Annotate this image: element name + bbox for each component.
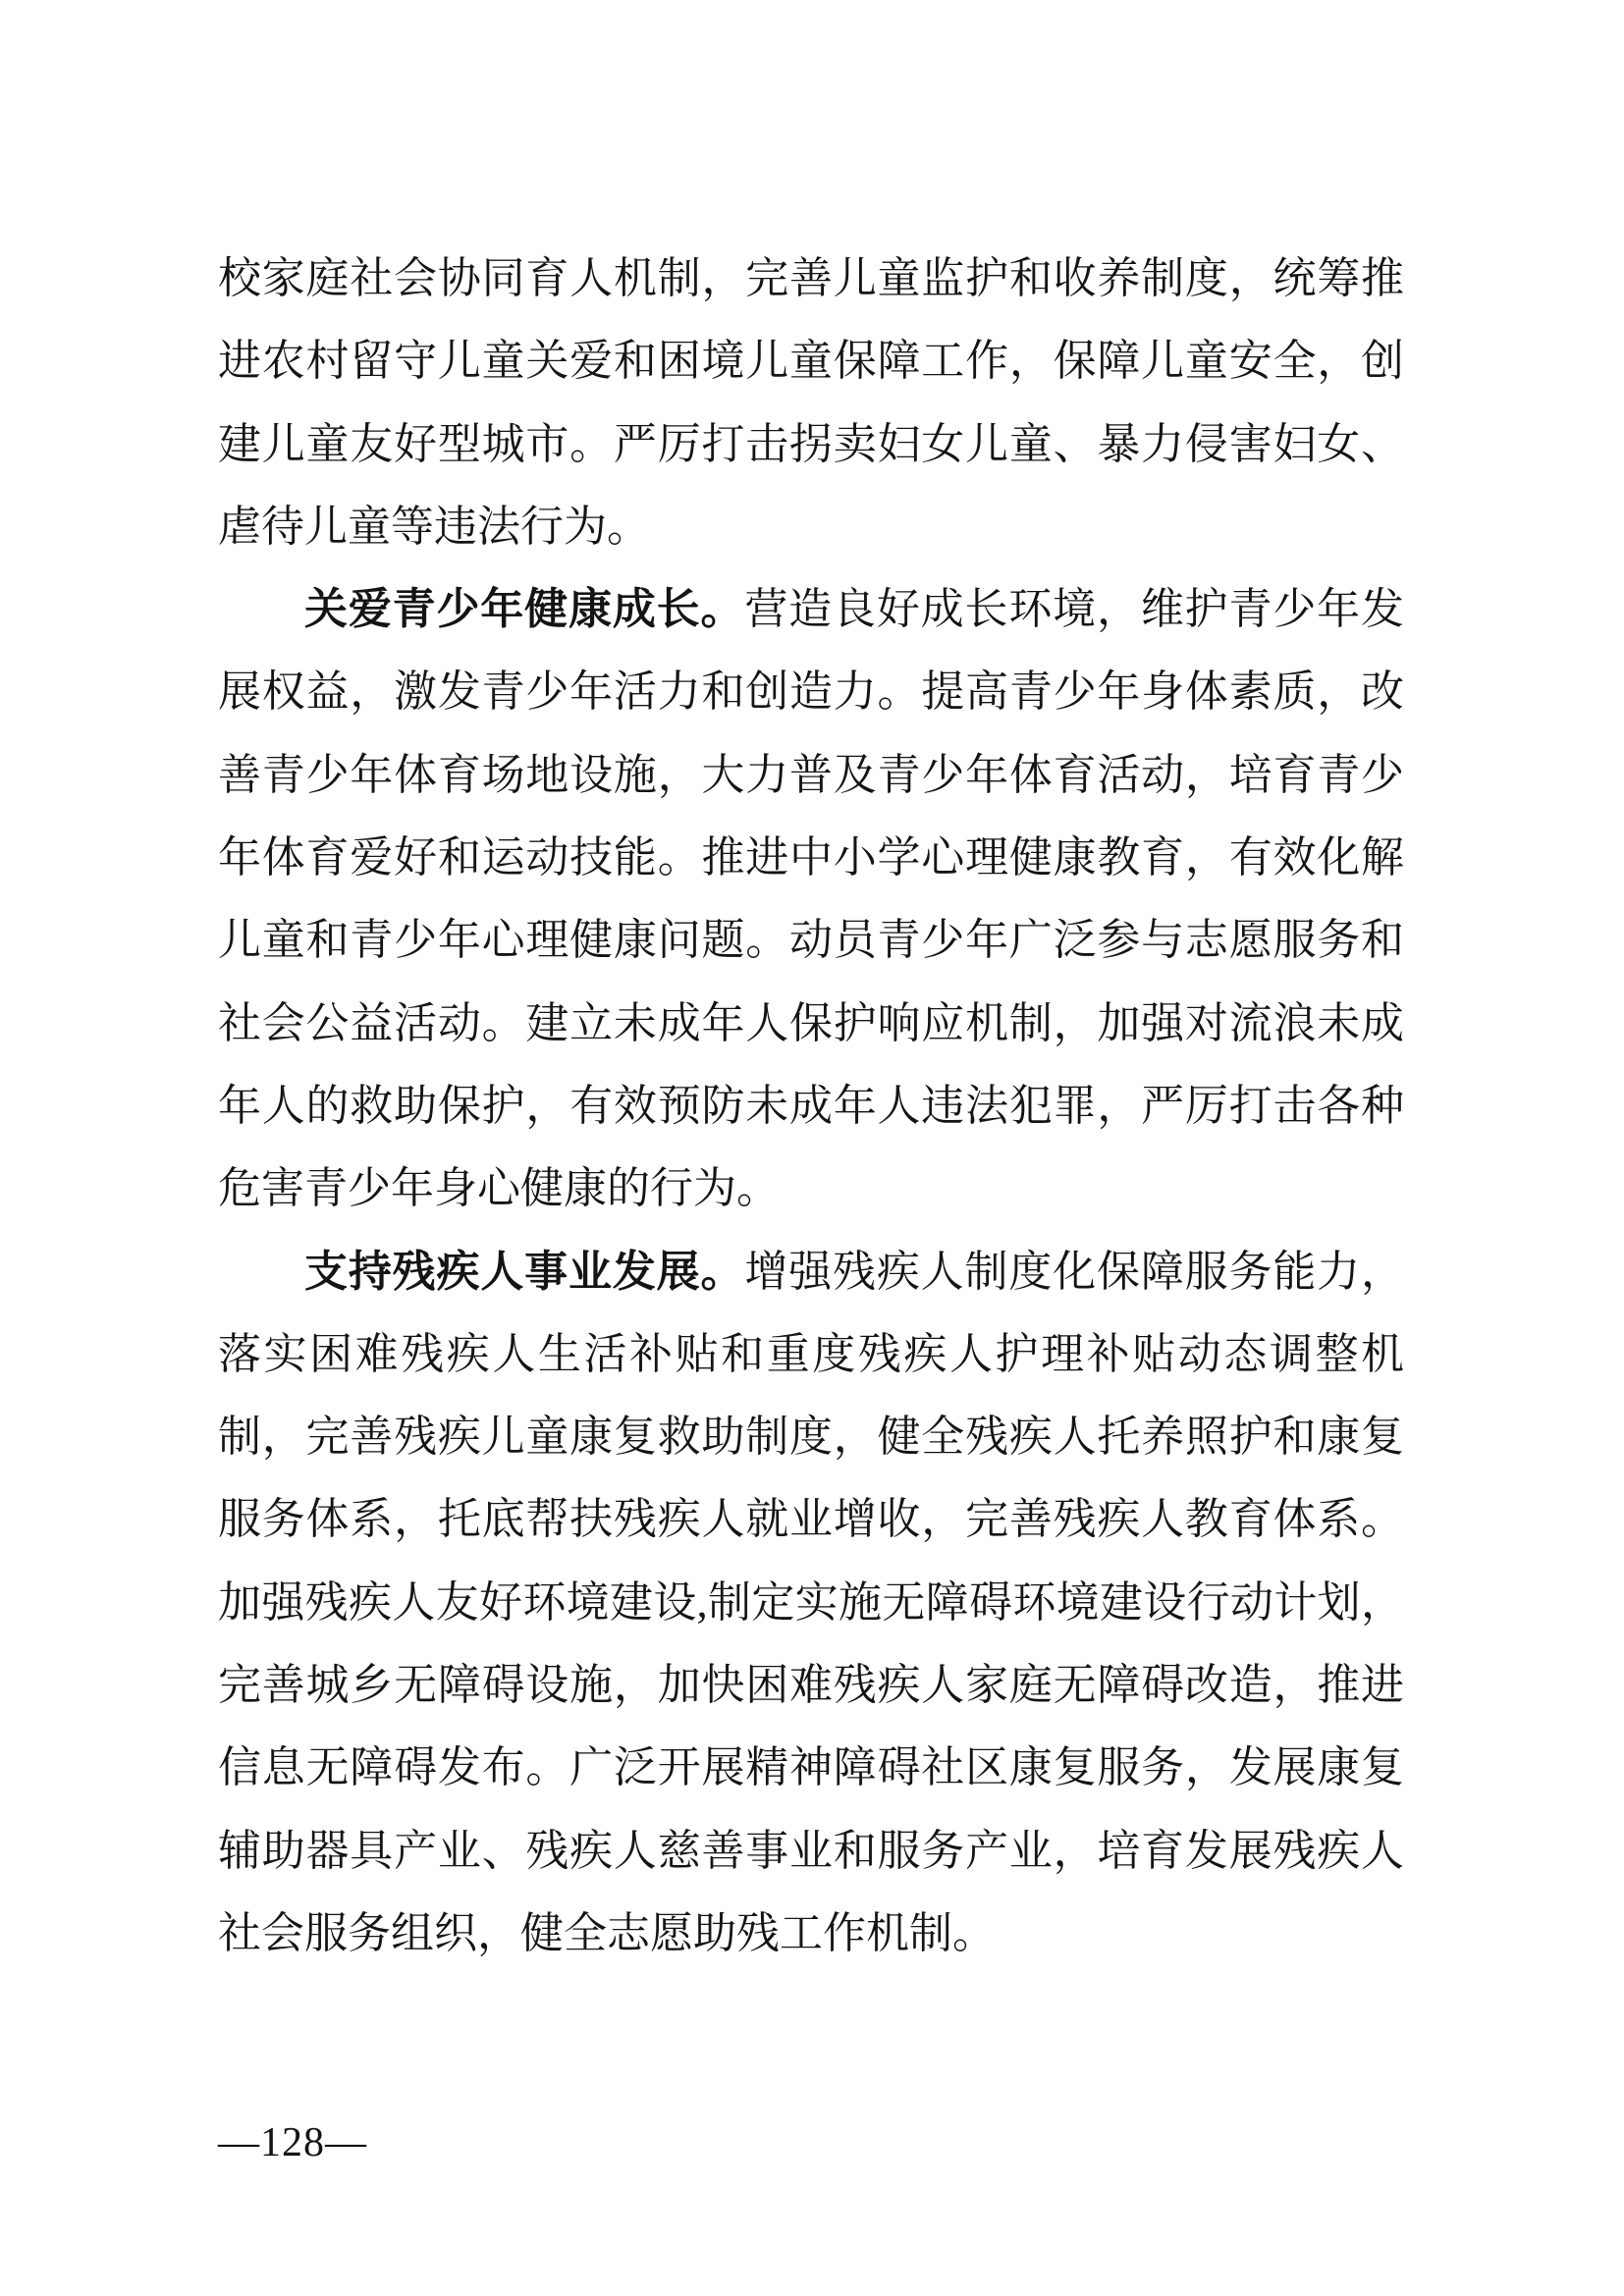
text-line: 加强残疾人友好环境建设,制定实施无障碍环境建设行动计划， — [218, 1562, 1404, 1644]
body-text: 善青少年体育场地设施，大力普及青少年体育活动，培育青少 — [218, 751, 1404, 799]
document-body: 校家庭社会协同育人机制，完善儿童监护和收养制度，统筹推进农村留守儿童关爱和困境儿… — [218, 238, 1404, 1975]
bold-lead-text: 支持残疾人事业发展。 — [304, 1248, 744, 1296]
text-line: 虐待儿童等违法行为。 — [218, 486, 1404, 568]
text-line: 校家庭社会协同育人机制，完善儿童监护和收养制度，统筹推 — [218, 238, 1404, 320]
body-text: 增强残疾人制度化保障服务能力， — [744, 1248, 1404, 1296]
body-text: 社会公益活动。建立未成年人保护响应机制，加强对流浪未成 — [218, 999, 1404, 1047]
body-text: 虐待儿童等违法行为。 — [218, 503, 650, 551]
text-line: 制，完善残疾儿童康复救助制度，健全残疾人托养照护和康复 — [218, 1396, 1404, 1478]
text-line: 儿童和青少年心理健康问题。动员青少年广泛参与志愿服务和 — [218, 899, 1404, 982]
body-text: 年体育爱好和运动技能。推进中小学心理健康教育，有效化解 — [218, 833, 1404, 881]
paragraph: 关爱青少年健康成长。营造良好成长环境，维护青少年发展权益，激发青少年活力和创造力… — [218, 568, 1404, 1230]
body-text: 加强残疾人友好环境建设,制定实施无障碍环境建设行动计划， — [218, 1578, 1404, 1627]
text-line: 支持残疾人事业发展。增强残疾人制度化保障服务能力， — [218, 1231, 1404, 1313]
body-text: 建儿童友好型城市。严厉打击拐卖妇女儿童、暴力侵害妇女、 — [218, 420, 1404, 468]
body-text: 展权益，激发青少年活力和创造力。提高青少年身体素质，改 — [218, 667, 1404, 716]
text-line: 进农村留守儿童关爱和困境儿童保障工作，保障儿童安全，创 — [218, 320, 1404, 402]
text-line: 年人的救助保护，有效预防未成年人违法犯罪，严厉打击各种 — [218, 1065, 1404, 1148]
paragraph: 支持残疾人事业发展。增强残疾人制度化保障服务能力，落实困难残疾人生活补贴和重度残… — [218, 1231, 1404, 1976]
body-text: 辅助器具产业、残疾人慈善事业和服务产业，培育发展残疾人 — [218, 1827, 1404, 1875]
body-text: 完善城乡无障碍设施，加快困难残疾人家庭无障碍改造，推进 — [218, 1661, 1404, 1709]
body-text: 信息无障碍发布。广泛开展精神障碍社区康复服务，发展康复 — [218, 1743, 1404, 1791]
body-text: 年人的救助保护，有效预防未成年人违法犯罪，严厉打击各种 — [218, 1082, 1404, 1130]
body-text: 社会服务组织，健全志愿助残工作机制。 — [218, 1909, 996, 1957]
text-line: 年体育爱好和运动技能。推进中小学心理健康教育，有效化解 — [218, 817, 1404, 899]
text-line: 危害青少年身心健康的行为。 — [218, 1148, 1404, 1230]
body-text: 危害青少年身心健康的行为。 — [218, 1164, 780, 1212]
body-text: 落实困难残疾人生活补贴和重度残疾人护理补贴动态调整机 — [218, 1330, 1404, 1378]
paragraph: 校家庭社会协同育人机制，完善儿童监护和收养制度，统筹推进农村留守儿童关爱和困境儿… — [218, 238, 1404, 568]
text-line: 展权益，激发青少年活力和创造力。提高青少年身体素质，改 — [218, 651, 1404, 733]
text-line: 社会服务组织，健全志愿助残工作机制。 — [218, 1893, 1404, 1975]
body-text: 制，完善残疾儿童康复救助制度，健全残疾人托养照护和康复 — [218, 1413, 1404, 1461]
body-text: 进农村留守儿童关爱和困境儿童保障工作，保障儿童安全，创 — [218, 337, 1404, 385]
text-line: 社会公益活动。建立未成年人保护响应机制，加强对流浪未成 — [218, 983, 1404, 1065]
text-line: 落实困难残疾人生活补贴和重度残疾人护理补贴动态调整机 — [218, 1313, 1404, 1396]
text-line: 辅助器具产业、残疾人慈善事业和服务产业，培育发展残疾人 — [218, 1810, 1404, 1893]
body-text: 儿童和青少年心理健康问题。动员青少年广泛参与志愿服务和 — [218, 916, 1404, 964]
text-line: 信息无障碍发布。广泛开展精神障碍社区康复服务，发展康复 — [218, 1727, 1404, 1809]
body-text: 校家庭社会协同育人机制，完善儿童监护和收养制度，统筹推 — [218, 254, 1404, 302]
body-text: 营造良好成长环境，维护青少年发 — [744, 585, 1404, 633]
text-line: 完善城乡无障碍设施，加快困难残疾人家庭无障碍改造，推进 — [218, 1644, 1404, 1727]
body-text: 服务体系，托底帮扶残疾人就业增收，完善残疾人教育体系。 — [218, 1495, 1404, 1543]
document-page: 校家庭社会协同育人机制，完善儿童监护和收养制度，统筹推进农村留守儿童关爱和困境儿… — [0, 0, 1624, 2296]
text-line: 关爱青少年健康成长。营造良好成长环境，维护青少年发 — [218, 568, 1404, 651]
bold-lead-text: 关爱青少年健康成长。 — [304, 585, 744, 633]
page-number: —128— — [218, 2118, 367, 2167]
text-line: 善青少年体育场地设施，大力普及青少年体育活动，培育青少 — [218, 734, 1404, 817]
text-line: 服务体系，托底帮扶残疾人就业增收，完善残疾人教育体系。 — [218, 1478, 1404, 1561]
text-line: 建儿童友好型城市。严厉打击拐卖妇女儿童、暴力侵害妇女、 — [218, 403, 1404, 486]
